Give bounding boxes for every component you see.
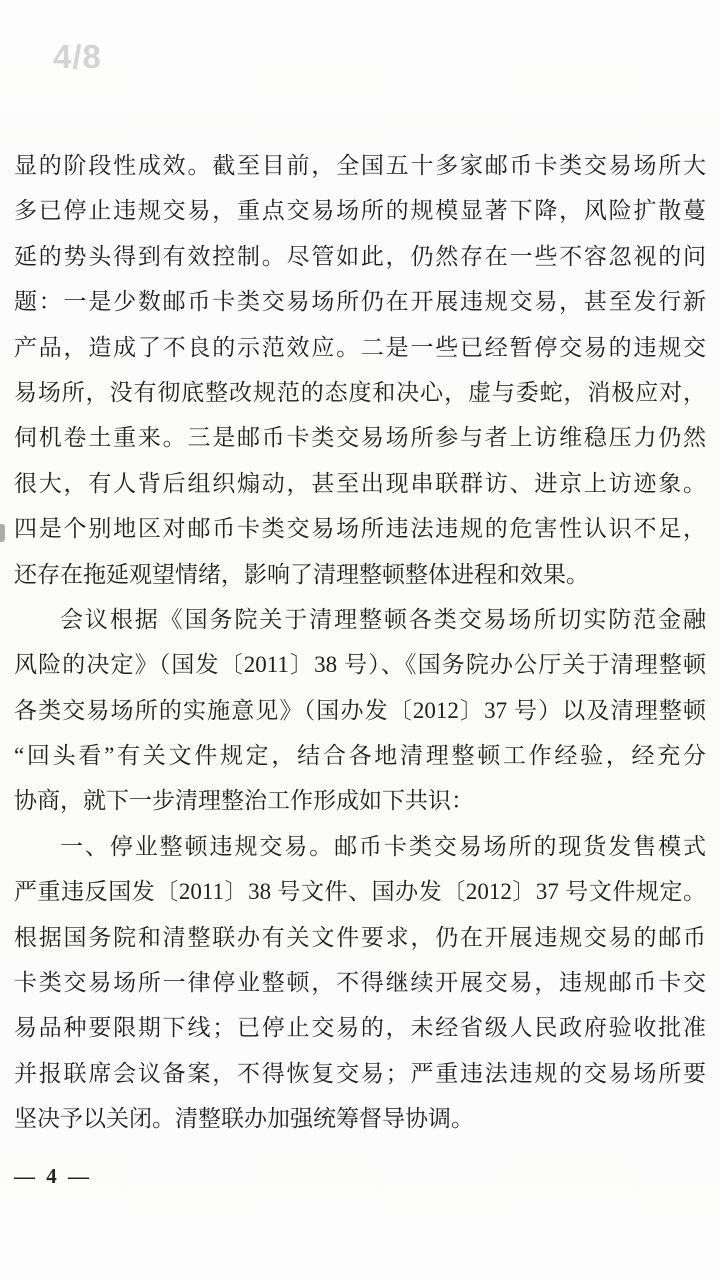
text-line: 一、停业整顿违规交易。邮币卡类交易场所的现货发售模式 <box>14 824 706 869</box>
text-line: 根据国务院和清整联办有关文件要求，仍在开展违规交易的邮币 <box>14 915 706 960</box>
paragraph: 显的阶段性成效。截至目前，全国五十多家邮币卡类交易场所大多已停止违规交易，重点交… <box>14 143 706 597</box>
text-line: 易品种要限期下线；已停止交易的，未经省级人民政府验收批准 <box>14 1005 706 1050</box>
scanned-page: 4/8 显的阶段性成效。截至目前，全国五十多家邮币卡类交易场所大多已停止违规交易… <box>0 0 720 1280</box>
paragraph: 一、停业整顿违规交易。邮币卡类交易场所的现货发售模式严重违反国发〔2011〕38… <box>14 824 706 1142</box>
text-line: 多已停止违规交易，重点交易场所的规模显著下降，风险扩散蔓 <box>14 188 706 233</box>
scan-artifact <box>0 524 5 542</box>
text-line: 风险的决定》（国发〔2011〕38 号）、《国务院办公厅关于清理整顿 <box>14 642 706 687</box>
page-indicator-watermark: 4/8 <box>53 38 102 76</box>
text-line: 还存在拖延观望情绪，影响了清理整顿整体进程和效果。 <box>14 552 706 597</box>
text-line: 伺机卷土重来。三是邮币卡类交易场所参与者上访维稳压力仍然 <box>14 415 706 460</box>
text-line: 延的势头得到有效控制。尽管如此，仍然存在一些不容忽视的问 <box>14 234 706 279</box>
text-line: 协商，就下一步清理整治工作形成如下共识： <box>14 778 706 823</box>
text-line: 卡类交易场所一律停业整顿，不得继续开展交易，违规邮币卡交 <box>14 960 706 1005</box>
text-line: 并报联席会议备案，不得恢复交易；严重违法违规的交易场所要 <box>14 1051 706 1096</box>
paragraph: 会议根据《国务院关于清理整顿各类交易场所切实防范金融风险的决定》（国发〔2011… <box>14 597 706 824</box>
text-line: 严重违反国发〔2011〕38 号文件、国办发〔2012〕37 号文件规定。 <box>14 869 706 914</box>
text-line: 题：一是少数邮币卡类交易场所仍在开展违规交易，甚至发行新 <box>14 279 706 324</box>
text-line: 易场所，没有彻底整改规范的态度和决心，虚与委蛇，消极应对， <box>14 370 706 415</box>
text-line: 产品，造成了不良的示范效应。二是一些已经暂停交易的违规交 <box>14 325 706 370</box>
text-line: 四是个别地区对邮币卡类交易场所违法违规的危害性认识不足， <box>14 506 706 551</box>
text-line: 显的阶段性成效。截至目前，全国五十多家邮币卡类交易场所大 <box>14 143 706 188</box>
text-line: 很大，有人背后组织煽动，甚至出现串联群访、进京上访迹象。 <box>14 461 706 506</box>
document-body: 显的阶段性成效。截至目前，全国五十多家邮币卡类交易场所大多已停止违规交易，重点交… <box>14 143 706 1142</box>
text-line: 会议根据《国务院关于清理整顿各类交易场所切实防范金融 <box>14 597 706 642</box>
text-line: “回头看”有关文件规定，结合各地清理整顿工作经验，经充分 <box>14 733 706 778</box>
text-line: 各类交易场所的实施意见》（国办发〔2012〕37 号）以及清理整顿 <box>14 688 706 733</box>
page-number-footer: — 4 — <box>14 1164 92 1189</box>
text-line: 坚决予以关闭。清整联办加强统筹督导协调。 <box>14 1096 706 1141</box>
